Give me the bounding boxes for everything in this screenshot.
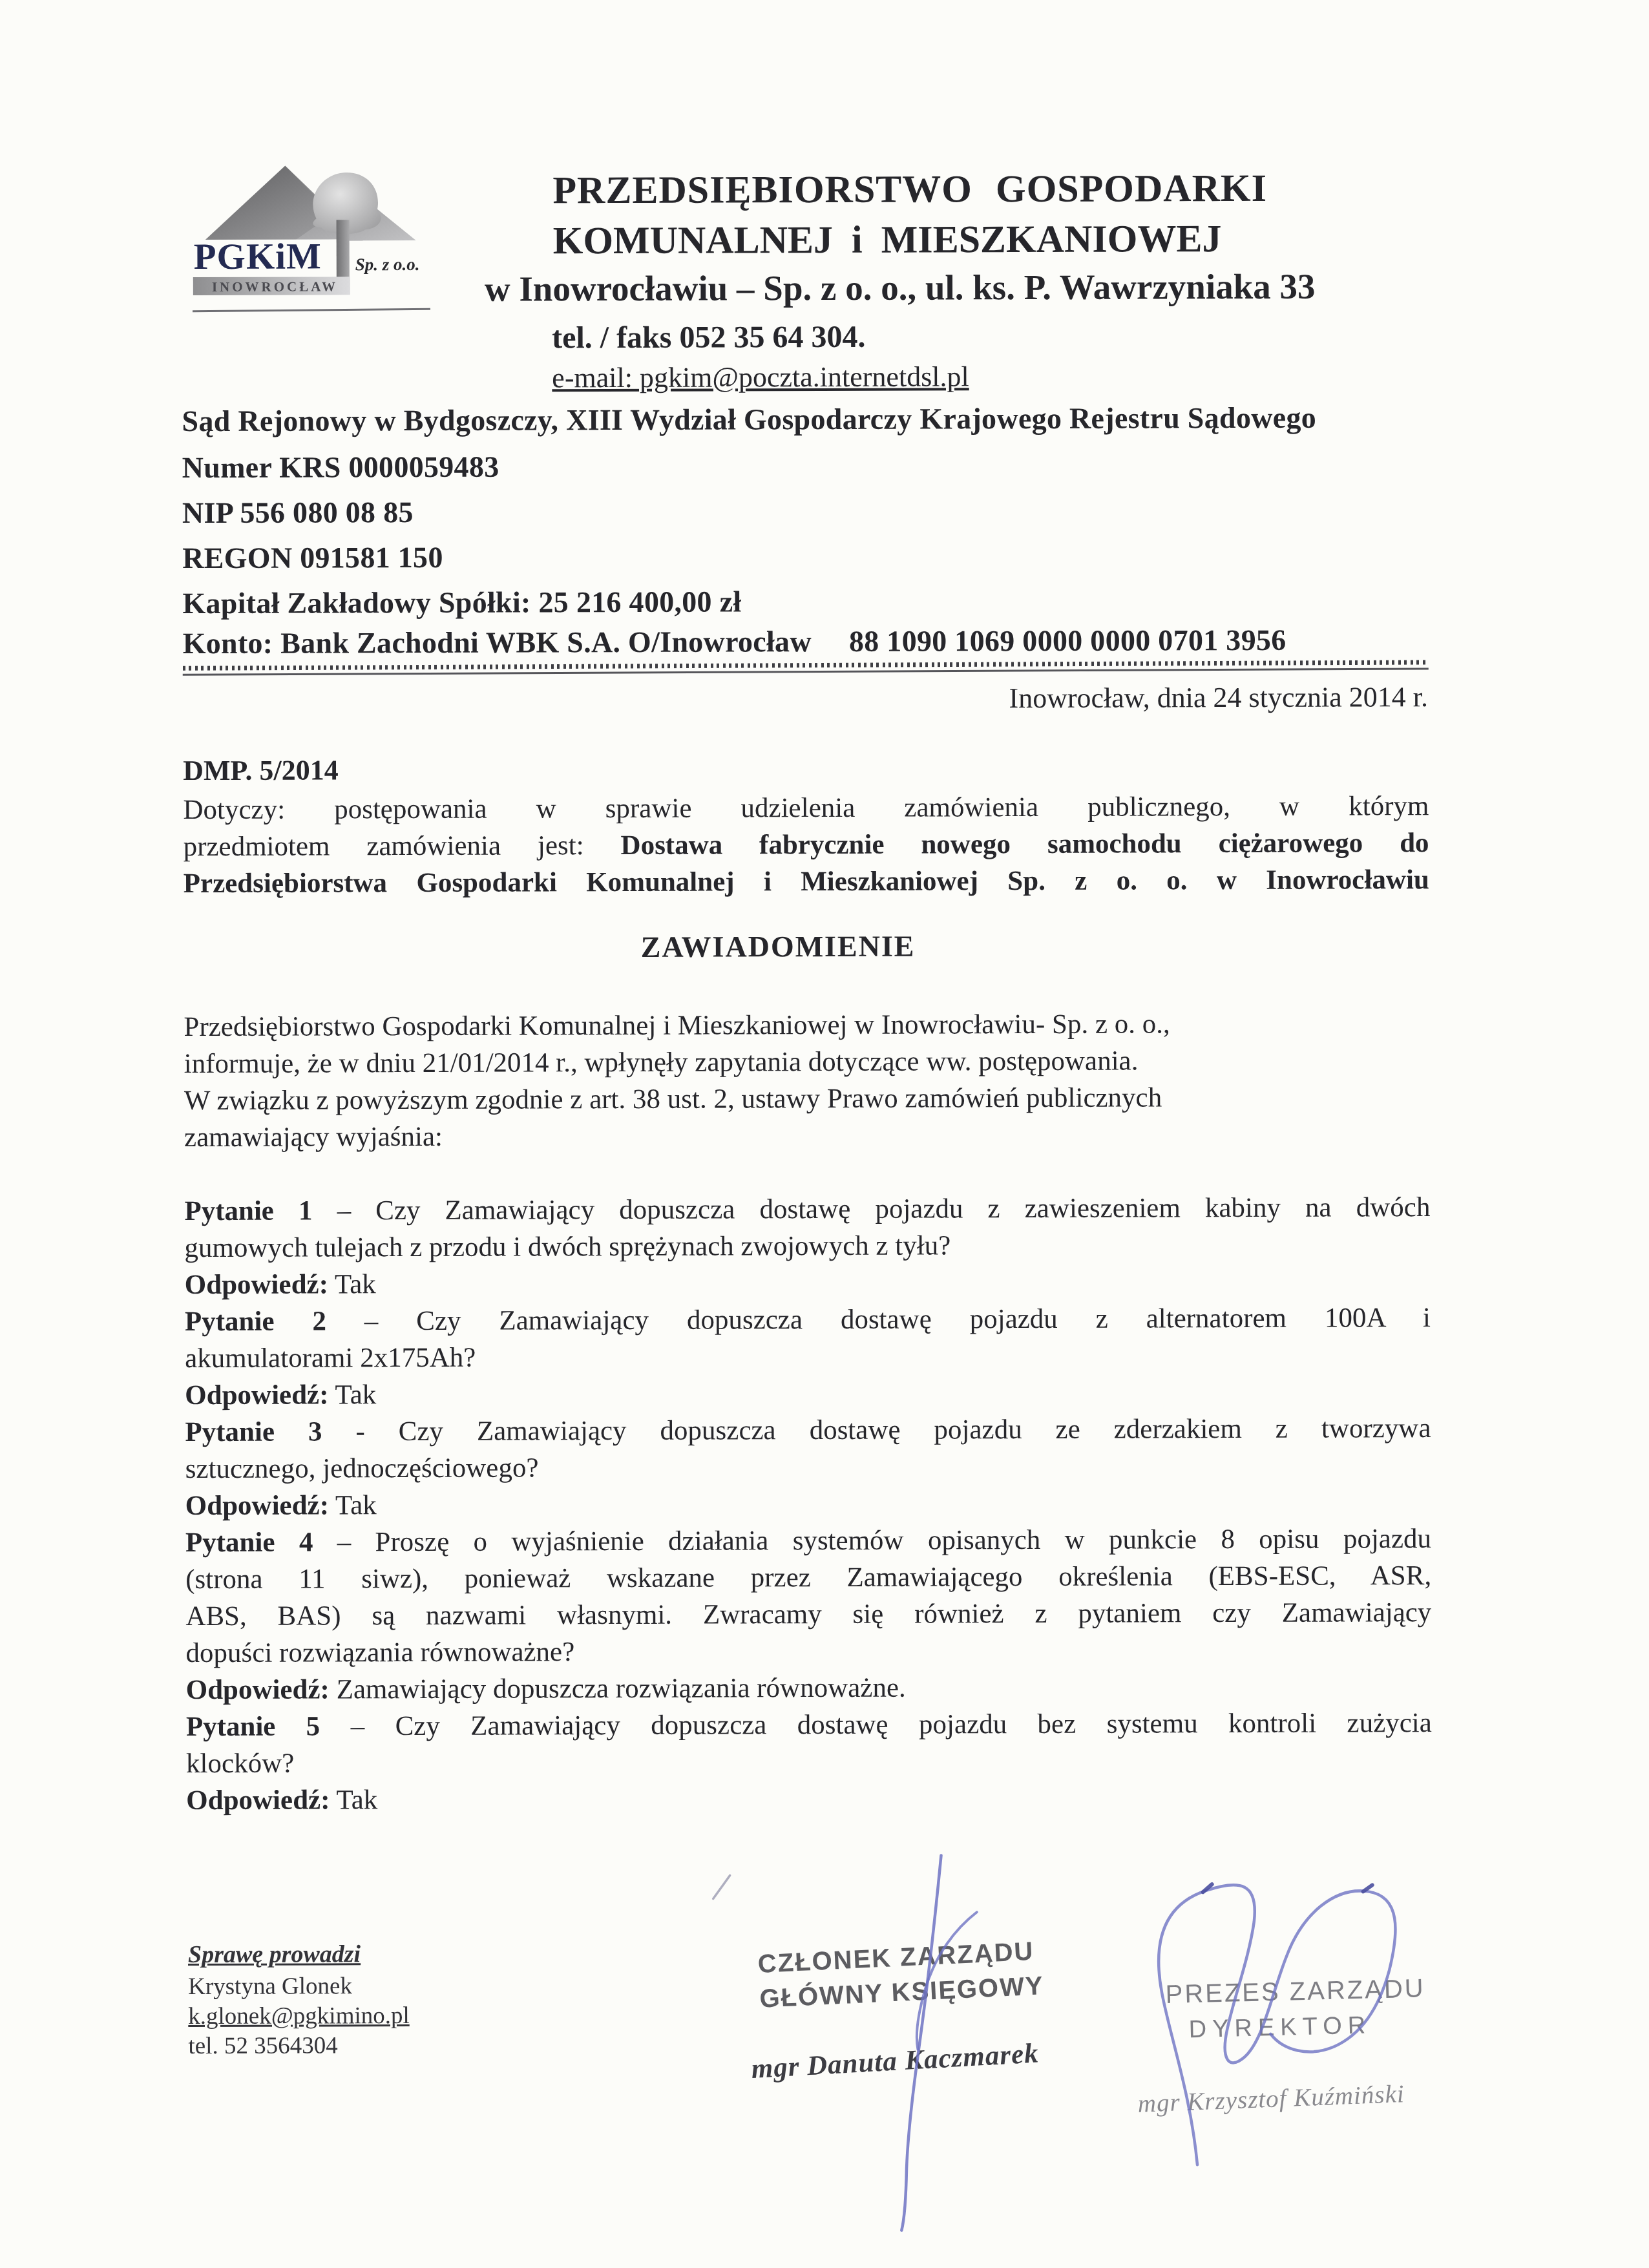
letterhead-line-1: PRZEDSIĘBIORSTWO GOSPODARKI (552, 165, 1267, 213)
date-line: Inowrocław, dnia 24 stycznia 2014 r. (1009, 680, 1428, 715)
pen-tick-mark (713, 1875, 730, 1898)
separator-rule (183, 660, 1429, 675)
answer-3-line: Odpowiedź: Tak (185, 1486, 1431, 1523)
question-1-line-2: gumowych tulejach z przodu i dwóch spręż… (184, 1228, 1430, 1265)
question-4-line-4: dopuści rozwiązania równoważne? (185, 1633, 1431, 1670)
subject-line-2-regular: przedmiotem zamówienia jest: (184, 830, 584, 862)
letterhead-email-line: e-mail: pgkim@poczta.internetdsl.pl (552, 360, 969, 395)
intro-line-2: informuje, że w dniu 21/01/2014 r., wpły… (184, 1044, 1430, 1081)
registry-capital-line: Kapitał Zakładowy Spółki: 25 216 400,00 … (182, 584, 741, 621)
answer-2-line: Odpowiedź: Tak (185, 1376, 1431, 1412)
letterhead-phone-line: tel. / faks 052 35 64 304. (552, 319, 866, 357)
registry-account-line: Konto: Bank Zachodni WBK S.A. O/Inowrocł… (183, 623, 1287, 662)
answer-2-text: Tak (335, 1380, 376, 1410)
case-handler-phone: tel. 52 3564304 (188, 2032, 337, 2060)
answer-1-text: Tak (335, 1269, 376, 1299)
question-4-line-3: ABS, BAS) są nazwami własnymi. Zwracamy … (185, 1597, 1431, 1633)
subject-line-2-bold: Dostawa fabrycznie nowego samochodu cięż… (620, 828, 1429, 861)
letterhead-line-2: KOMUNALNEJ i MIESZKANIOWEJ (553, 216, 1222, 264)
question-3-label: Pytanie 3 (185, 1416, 322, 1447)
question-5-line-2: klocków? (186, 1744, 1432, 1781)
answer-5-text: Tak (336, 1785, 377, 1815)
question-5-text: – Czy Zamawiający dopuszcza dostawę poja… (351, 1708, 1432, 1741)
president-stamp: PREZES ZARZĄDU DYREKTOR (1165, 1975, 1394, 2045)
question-2-line-2: akumulatorami 2x175Ah? (185, 1339, 1431, 1376)
logo-brand-text: PGKiM (194, 236, 322, 277)
president-signature-tip-left (1203, 1884, 1212, 1892)
reference-number: DMP. 5/2014 (183, 750, 1429, 788)
letterhead-line-3: w Inowrocławiu – Sp. z o. o., ul. ks. P.… (485, 266, 1316, 311)
answer-2-label: Odpowiedź: (185, 1380, 328, 1411)
question-5-label: Pytanie 5 (186, 1711, 320, 1742)
question-2-label: Pytanie 2 (185, 1306, 326, 1337)
accountant-name-stamp: mgr Danuta Kaczmarek (750, 2037, 1039, 2086)
intro-line-1: Przedsiębiorstwo Gospodarki Komunalnej i… (184, 1007, 1429, 1044)
accountant-stamp-line-1: CZŁONEK ZARZĄDU (757, 1938, 1012, 1980)
answer-4-label: Odpowiedź: (186, 1674, 330, 1705)
question-1-label: Pytanie 1 (184, 1195, 312, 1226)
question-3-text: - Czy Zamawiający dopuszcza dostawę poja… (355, 1413, 1431, 1447)
subject-line-2: przedmiotem zamówienia jest: Dostawa fab… (184, 827, 1429, 864)
question-3-line-2: sztucznego, jednoczęściowego? (185, 1449, 1431, 1486)
answer-4-text: Zamawiający dopuszcza rozwiązania równow… (337, 1673, 906, 1705)
answer-3-text: Tak (335, 1490, 377, 1520)
accountant-stamp: CZŁONEK ZARZĄDU GŁÓWNY KSIĘGOWY (757, 1938, 1013, 2015)
question-4-label: Pytanie 4 (185, 1527, 313, 1558)
president-signature-tip-right (1363, 1885, 1372, 1891)
scan-tilt-wrapper: PGKiM Sp. z o.o. INOWROCŁAW PRZEDSIĘBIOR… (0, 0, 1649, 2268)
question-3-line-1: Pytanie 3 - Czy Zamawiający dopuszcza do… (185, 1412, 1431, 1449)
answer-1-line: Odpowiedź: Tak (185, 1265, 1431, 1302)
answer-3-label: Odpowiedź: (185, 1490, 329, 1521)
case-handler-email: k.glonek@pgkimino.pl (188, 2002, 410, 2031)
question-1-text: – Czy Zamawiający dopuszcza dostawę poja… (337, 1192, 1431, 1226)
question-1-line-1: Pytanie 1 – Czy Zamawiający dopuszcza do… (184, 1192, 1430, 1228)
question-2-text: – Czy Zamawiający dopuszcza dostawę poja… (364, 1303, 1431, 1336)
case-handler-name: Krystyna Glonek (188, 1972, 352, 2000)
logo-company-suffix: Sp. z o.o. (355, 255, 420, 274)
accountant-stamp-line-2: GŁÓWNY KSIĘGOWY (759, 1973, 1013, 2015)
answer-1-label: Odpowiedź: (185, 1269, 328, 1300)
bank-account-number: 88 1090 1069 0000 0000 0701 3956 (849, 624, 1287, 658)
president-stamp-line-1: PREZES ZARZĄDU (1165, 1975, 1393, 2011)
subject-line-1: Dotyczy: postępowania w sprawie udzielen… (183, 790, 1429, 827)
answer-4-line: Odpowiedź: Zamawiający dopuszcza rozwiąz… (186, 1670, 1432, 1707)
question-4-line-1: Pytanie 4 – Proszę o wyjaśnienie działan… (185, 1523, 1431, 1560)
president-name-stamp: mgr Krzysztof Kuźmiński (1137, 2079, 1405, 2119)
notice-title: ZAWIADOMIENIE (184, 927, 1372, 966)
question-4-line-2: (strona 11 siwz), ponieważ wskazane prze… (185, 1560, 1431, 1597)
answer-5-label: Odpowiedź: (186, 1785, 330, 1816)
registry-nip-line: NIP 556 080 08 85 (182, 495, 414, 530)
company-logo: PGKiM Sp. z o.o. INOWROCŁAW (189, 156, 430, 311)
question-4-text: – Proszę o wyjaśnienie działania systemó… (337, 1524, 1431, 1557)
registry-regon-line: REGON 091581 150 (182, 540, 443, 576)
question-2-line-1: Pytanie 2 – Czy Zamawiający dopuszcza do… (185, 1302, 1431, 1339)
answer-5-line: Odpowiedź: Tak (186, 1781, 1432, 1818)
registry-krs-line: Numer KRS 0000059483 (182, 450, 499, 486)
intro-line-4: zamawiający wyjaśnia: (184, 1118, 1430, 1155)
scanned-letter-page: PGKiM Sp. z o.o. INOWROCŁAW PRZEDSIĘBIOR… (0, 0, 1649, 2268)
registry-court-line: Sąd Rejonowy w Bydgoszczy, XIII Wydział … (182, 401, 1316, 439)
bank-account-label: Konto: Bank Zachodni WBK S.A. O/Inowrocł… (183, 625, 812, 660)
logo-city-text: INOWROCŁAW (212, 278, 338, 295)
case-handler-heading: Sprawę prowadzi (188, 1940, 361, 1969)
intro-line-3: W związku z powyższym zgodnie z art. 38 … (184, 1081, 1430, 1118)
subject-line-3: Przedsiębiorstwa Gospodarki Komunalnej i… (184, 864, 1429, 901)
logo-graphic: PGKiM Sp. z o.o. INOWROCŁAW (193, 165, 419, 295)
question-5-line-1: Pytanie 5 – Czy Zamawiający dopuszcza do… (186, 1707, 1432, 1744)
president-stamp-line-2: DYREKTOR (1166, 2011, 1394, 2045)
